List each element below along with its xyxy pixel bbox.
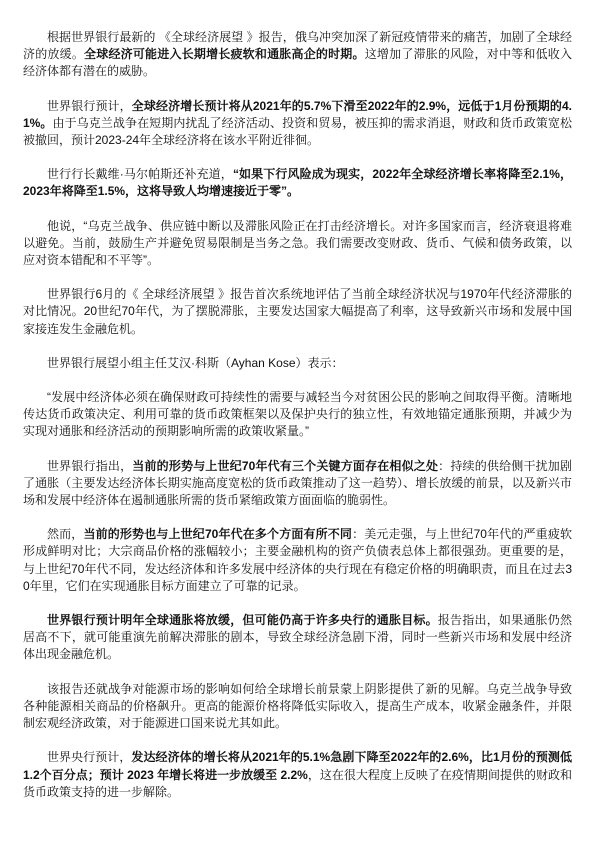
text-run: 世界银行6月的《 全球经济展望 》报告首次系统地评估了当前全球经济状况与1970…: [23, 287, 572, 335]
paragraph: 世界银行预计，全球经济增长预计将从2021年的5.7%下滑至2022年的2.9%…: [23, 98, 572, 150]
bold-text-run: 世界银行预计明年全球通胀将放缓，但可能仍高于许多央行的通胀目标。: [47, 613, 438, 627]
paragraph: 世界央行预计，发达经济体的增长将从2021年的5.1%急剧下降至2022年的2.…: [23, 749, 572, 801]
paragraph: 根据世界银行最新的 《全球经济展望 》报告，俄乌冲突加深了新冠疫情带来的痛苦，加…: [23, 29, 572, 81]
paragraph: 世界银行指出，当前的形势与上世纪70年代有三个关键方面存在相似之处：持续的供给侧…: [23, 458, 572, 510]
text-run: 世界银行展望小组主任艾汉·科斯（Ayhan Kose）表示：: [47, 356, 344, 370]
bold-text-run: 全球经济可能进入长期增长疲软和通胀高企的时期。: [84, 47, 365, 61]
document-page: 根据世界银行最新的 《全球经济展望 》报告，俄乌冲突加深了新冠疫情带来的痛苦，加…: [0, 0, 595, 842]
text-run: 他说，“乌克兰战争、供应链中断以及滞胀风险正在打击经济增长。对许多国家而言，经济…: [23, 219, 572, 267]
paragraph: 世行行长戴维·马尔帕斯还补充道，“如果下行风险成为现实，2022年全球经济增长率…: [23, 166, 572, 200]
paragraph: 然而，当前的形势也与上世纪70年代在多个方面有所不同：美元走强，与上世纪70年代…: [23, 526, 572, 595]
text-run: 世界银行预计，: [47, 99, 132, 113]
text-run: 该报告还就战争对能源市场的影响如何给全球增长前景蒙上阴影提供了新的见解。乌克兰战…: [23, 682, 572, 730]
text-run: 世界央行预计，: [47, 750, 131, 764]
paragraph: “发展中经济体必须在确保财政可持续性的需要与减轻当今对贫困公民的影响之间取得平衡…: [23, 389, 572, 441]
text-run: “发展中经济体必须在确保财政可持续性的需要与减轻当今对贫困公民的影响之间取得平衡…: [23, 390, 572, 438]
bold-text-run: 当前的形势也与上世纪70年代在多个方面有所不同: [83, 527, 352, 541]
text-run: 世行行长戴维·马尔帕斯还补充道，: [47, 167, 233, 181]
text-run: 由于乌克兰战争在短期内扰乱了经济活动、投资和贸易，被压抑的需求消退，财政和货币政…: [23, 116, 572, 147]
text-run: 然而，: [47, 527, 83, 541]
text-run: 世界银行指出，: [47, 459, 132, 473]
paragraph: 该报告还就战争对能源市场的影响如何给全球增长前景蒙上阴影提供了新的见解。乌克兰战…: [23, 681, 572, 733]
bold-text-run: 当前的形势与上世纪70年代有三个关键方面存在相似之处: [132, 459, 438, 473]
document-body: 根据世界银行最新的 《全球经济展望 》报告，俄乌冲突加深了新冠疫情带来的痛苦，加…: [23, 29, 572, 801]
paragraph: 世界银行展望小组主任艾汉·科斯（Ayhan Kose）表示：: [23, 355, 572, 372]
paragraph: 世界银行6月的《 全球经济展望 》报告首次系统地评估了当前全球经济状况与1970…: [23, 286, 572, 338]
paragraph: 他说，“乌克兰战争、供应链中断以及滞胀风险正在打击经济增长。对许多国家而言，经济…: [23, 218, 572, 270]
paragraph: 世界银行预计明年全球通胀将放缓，但可能仍高于许多央行的通胀目标。报告指出，如果通…: [23, 612, 572, 664]
